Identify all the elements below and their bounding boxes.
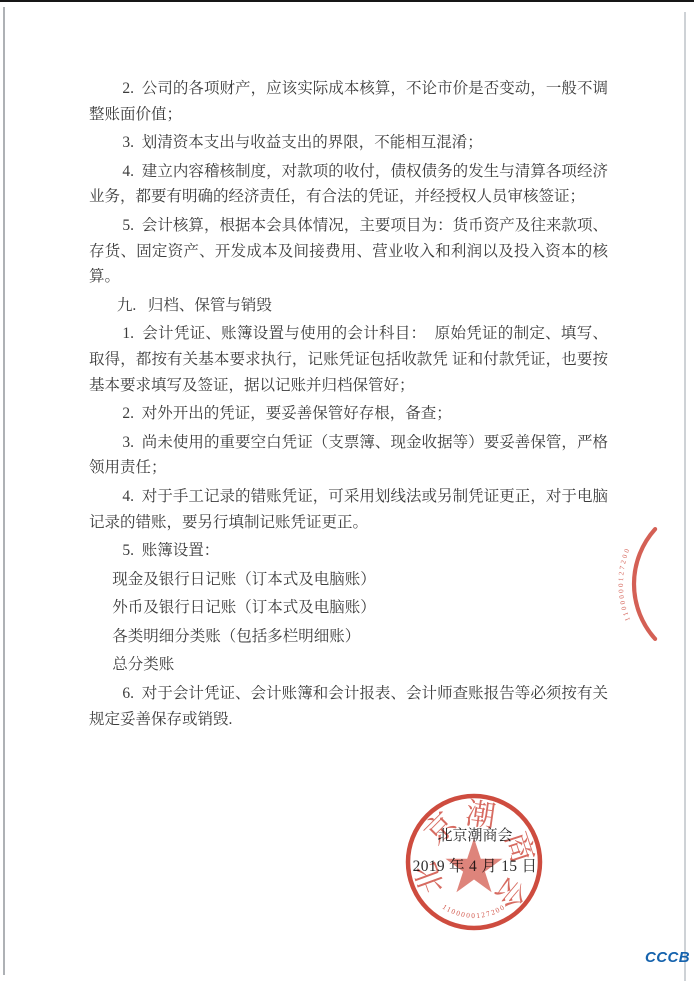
seal-ring-character: 京 (419, 807, 464, 852)
svg-text:1100000127200: 1100000127200 (441, 902, 507, 920)
seal-star (446, 838, 503, 892)
paragraph: 3. 划清资本支出与收益支出的界限，不能相互混淆； (89, 130, 608, 156)
paragraph: 4. 对于手工记录的错账凭证，可采用划线法或另制凭证更正，对于电脑记录的错账，要… (89, 484, 608, 535)
paragraph: 2. 对外开出的凭证，要妥善保管好存根，备查； (89, 401, 608, 427)
account-book-item: 外币及银行日记账（订本式及电脑账） (89, 595, 608, 621)
scanned-document-page: 2. 公司的各项财产，应该实际成本核算，不论市价是否变动，一般不调整账面价值； … (0, 0, 694, 981)
svg-text:1100000127200: 1100000127200 (617, 546, 632, 622)
paragraph: 5. 账簿设置： (89, 538, 608, 564)
official-red-seal: 北 京 潮 商 会 1100000127200 (399, 788, 549, 938)
account-book-item: 总分类账 (89, 652, 608, 678)
account-book-item: 各类明细分类账（包括多栏明细账） (89, 624, 608, 650)
paragraph: 3. 尚未使用的重要空白凭证（支票簿、现金收据等）要妥善保管，严格领用责任； (89, 430, 608, 481)
section-heading-9: 九. 归档、保管与销毁 (89, 293, 608, 319)
scan-edge-top (0, 0, 694, 2)
edge-stamp-ring-arc (634, 529, 655, 639)
seal-ring-character: 潮 (463, 797, 497, 834)
document-body: 2. 公司的各项财产，应该实际成本核算，不论市价是否变动，一般不调整账面价值； … (89, 76, 608, 735)
scan-edge-left (3, 7, 5, 975)
edge-stamp-serial-number: 1100000127200 (617, 546, 632, 622)
cccb-logo: CCCB (645, 949, 690, 966)
paragraph: 1. 会计凭证、账簿设置与使用的会计科目： 原始凭证的制定、填写、取得，都按有关… (89, 321, 608, 398)
paragraph: 6. 对于会计凭证、会计账簿和会计报表、会计师查账报告等必须按有关规定妥善保存或… (89, 681, 608, 732)
partial-edge-stamp: 1100000127200 (604, 492, 694, 677)
seal-serial-number: 1100000127200 (441, 902, 507, 920)
paragraph: 4. 建立内容稽核制度，对款项的收付，债权债务的发生与清算各项经济业务，都要有明… (89, 159, 608, 210)
account-book-item: 现金及银行日记账（订本式及电脑账） (89, 567, 608, 593)
paragraph: 2. 公司的各项财产，应该实际成本核算，不论市价是否变动，一般不调整账面价值； (89, 76, 608, 127)
paragraph: 5. 会计核算，根据本会具体情况，主要项目为：货币资产及往来款项、存货、固定资产… (89, 213, 608, 290)
